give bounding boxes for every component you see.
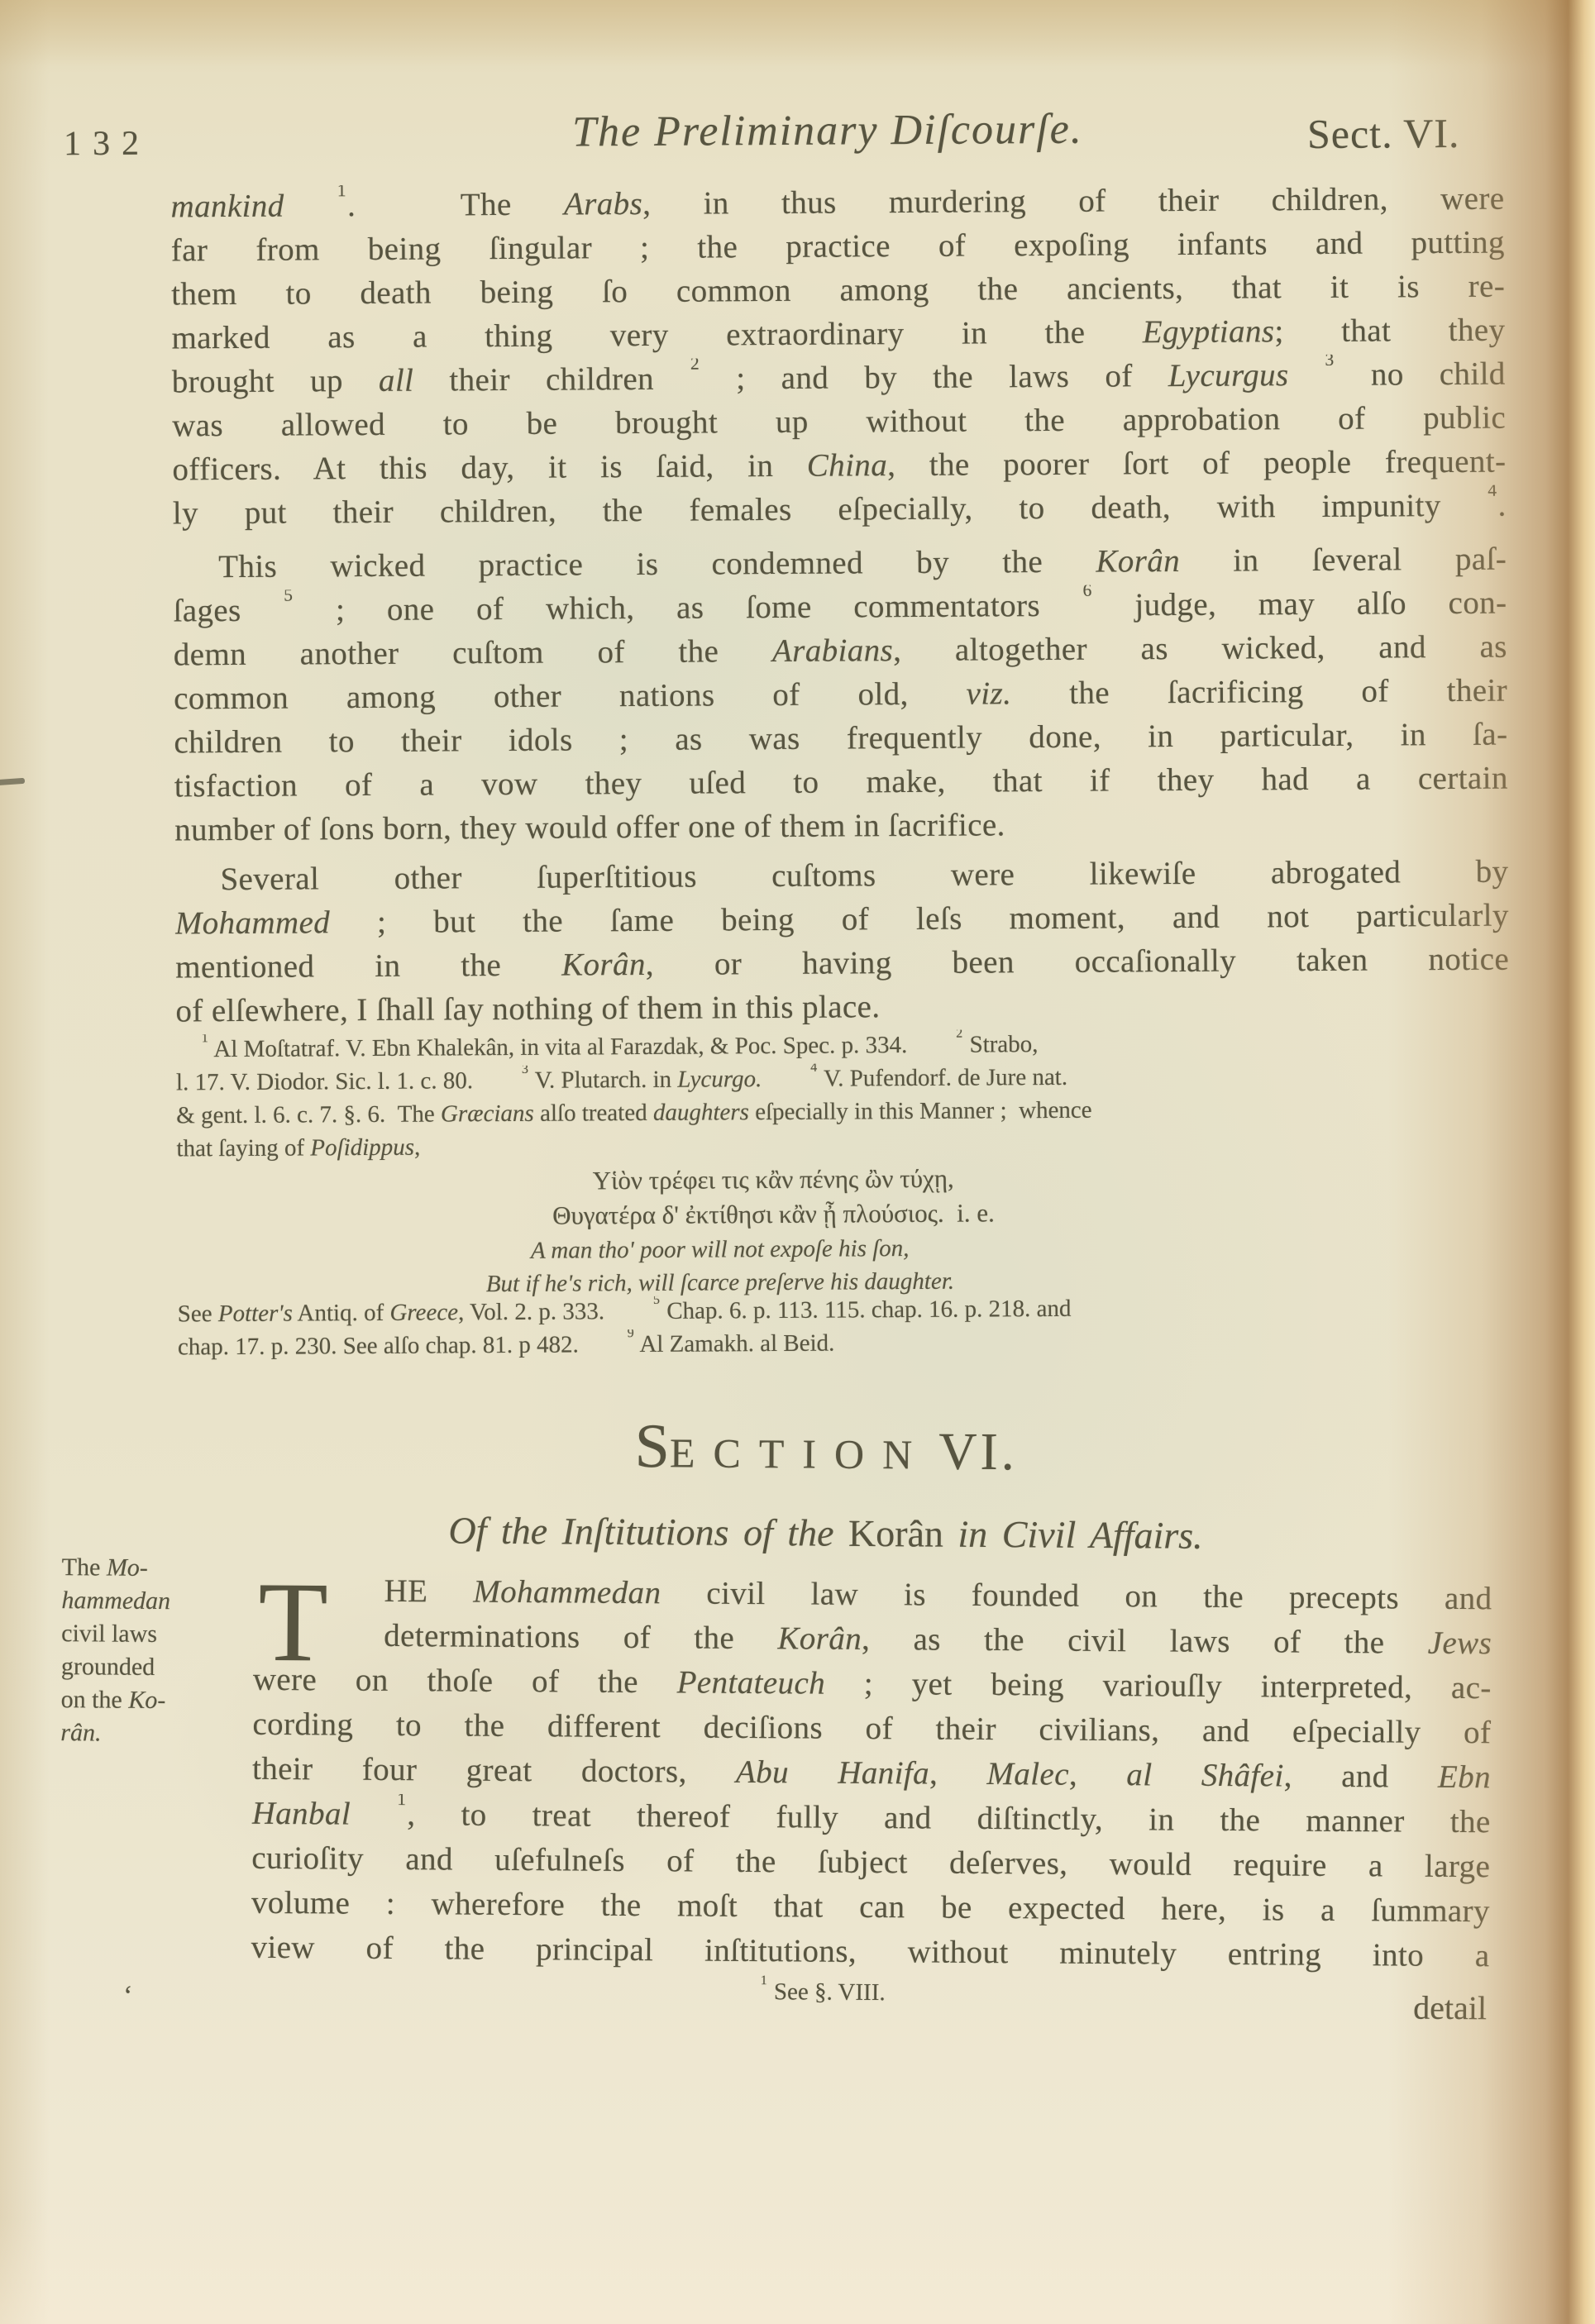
body-line: ſages 5 ; one of which, as ſome commenta… [173, 583, 1507, 635]
greek-line: Θυγατέρα δ' ἐκτίθησι κἂν ᾖ πλούσιος. i. … [177, 1195, 1370, 1237]
left-edge-shadow [0, 0, 50, 2324]
body-line: mentioned in the Korân, or having been o… [175, 939, 1509, 991]
body-line: brought up all their children 2 ; and by… [172, 354, 1506, 406]
stray-mark: ‘ [123, 1981, 133, 2012]
body-line: Mohammed ; but the ſame being of leſs mo… [175, 895, 1509, 947]
section-label: Sect. VI. [1307, 109, 1460, 158]
margin-note-line: on the Ko- [60, 1685, 251, 1720]
footnote-line: chap. 17. p. 230. See alſo chap. 81. p 4… [178, 1324, 1511, 1366]
footnote-block: 1 Al Moſtatraf. V. Ebn Khalekân, in vita… [176, 1027, 1511, 1167]
paragraph-3: Several other ſuperſtitious cuſtoms were… [174, 852, 1509, 1035]
body-line: This wicked practice is condemned by the… [173, 539, 1507, 591]
final-paragraph: HE Mohammedan civil law is founded on th… [251, 1570, 1492, 1980]
margin-note-line: rân. [60, 1718, 251, 1753]
running-title: The Preliminary Diſcourſe. [414, 104, 1241, 158]
margin-note-line: hammedan [61, 1586, 251, 1620]
paragraph-2: This wicked practice is condemned by the… [173, 539, 1508, 854]
upper-text-block: 132 The Preliminary Diſcourſe. Sect. VI.… [0, 0, 1595, 4]
lower-text-block: SECTIONVI. Of the Inſtitutions of the Ko… [0, 0, 1595, 7]
margin-note: The Mo-hammedancivil lawsgroundedon the … [60, 1553, 252, 1753]
book-page: 132 The Preliminary Diſcourſe. Sect. VI.… [0, 0, 1595, 2324]
body-line: of elſewhere, I ſhall ſay nothing of the… [175, 983, 1509, 1035]
bottom-footnote: 1 See §. VIII. [155, 1974, 1489, 2011]
body-line: ly put their children, the females eſpec… [173, 485, 1507, 537]
body-line: number of ſons born, they would offer on… [174, 802, 1508, 854]
footnote-refs: See Potter's Antiq. of Greece, Vol. 2. p… [178, 1291, 1511, 1366]
body-line: them to death being ſo common among the … [171, 266, 1505, 318]
body-line: far from being ſingular ; the practice o… [171, 222, 1505, 274]
paragraph-1: mankind 1. The Arabs, in thus murdering … [170, 179, 1507, 537]
body-line: was allowed to be brought up without the… [172, 398, 1506, 450]
body-line: view of the principal inſtitutions, with… [251, 1927, 1489, 1980]
greek-quote: Υἱὸν τρέφει τις κἂν πένης ὢν τύχῃ,Θυγατέ… [177, 1159, 1511, 1237]
body-line: officers. At this day, it is ſaid, in Ch… [172, 441, 1506, 494]
body-line: Several other ſuperſtitious cuſtoms were… [174, 852, 1508, 904]
margin-dash-mark [0, 778, 25, 785]
margin-note-line: civil laws [61, 1619, 251, 1654]
section-heading-numeral: VI. [938, 1422, 1018, 1482]
section-heading: SECTIONVI. [159, 1407, 1493, 1488]
body-line: tisfaction of a vow they uſed to make, t… [174, 758, 1508, 810]
bottom-edge-light [0, 2217, 1595, 2324]
section-heading-smallcaps: ECTION [670, 1429, 931, 1477]
section-heading-initial: S [634, 1411, 670, 1481]
page-number: 132 [64, 124, 150, 165]
body-line: marked as a thing very extraordinary in … [171, 310, 1505, 362]
margin-note-line: grounded [61, 1652, 251, 1687]
top-edge-shadow [0, 0, 1595, 66]
catchword: detail [1413, 1988, 1487, 2028]
margin-note-line: The Mo- [62, 1553, 252, 1587]
body-line: demn another cuſtom of the Arabians, alt… [174, 627, 1507, 679]
body-line: common among other nations of old, viz. … [174, 670, 1507, 723]
body-line: children to their idols ; as was frequen… [174, 714, 1507, 766]
section-subtitle: Of the Inſtitutions of the Korân in Civi… [159, 1506, 1492, 1559]
body-line: mankind 1. The Arabs, in thus murdering … [170, 179, 1504, 231]
